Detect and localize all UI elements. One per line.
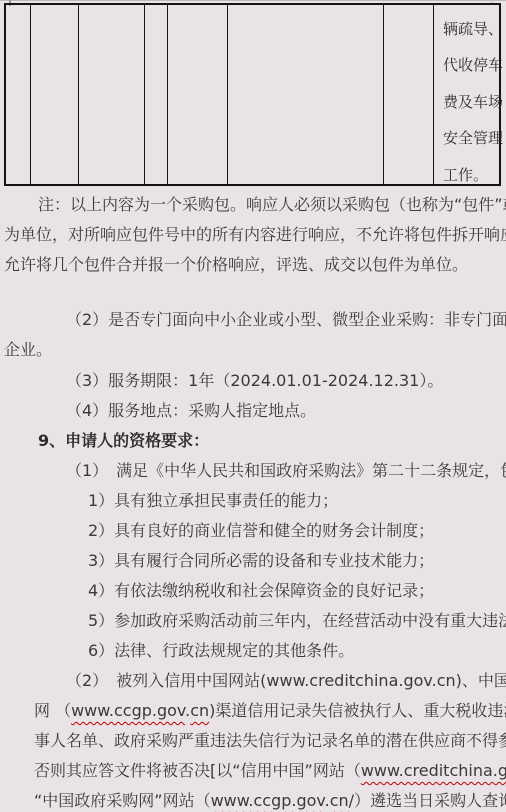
heading-text: 9、申请人的资格要求：	[4, 426, 504, 456]
text-segment: ）遴选当日采购人查询记录	[354, 791, 506, 810]
text-line: 工作。	[443, 157, 503, 193]
text-segment: 网 （	[34, 701, 71, 720]
text-line: 企业。	[4, 335, 504, 365]
table-cell-service-content: 辆疏导、代收停车费及车场安全管理工作。	[434, 5, 506, 184]
text-line: 辆疏导、	[443, 11, 503, 47]
paragraph-service-period: （3）服务期限：1年（2024.01.01-2024.12.31）。	[4, 366, 504, 396]
text-line: “中国政府采购网”网站（www.ccgp.gov.cn/）遴选当日采购人查询记录	[4, 786, 504, 812]
text-segment: 否则其应答文件将被否决[以“信用中国”网站（	[34, 761, 361, 780]
top-divider-line	[0, 0, 506, 1]
table-cell	[31, 5, 79, 184]
url-with-spellcheck-underline: cn	[190, 701, 209, 720]
url-with-spellcheck-underline: www.ccgp.gov	[211, 791, 325, 810]
text-line: 4）有依法缴纳税收和社会保障资金的良好记录；	[4, 576, 504, 606]
text-line: 1）具有独立承担民事责任的能力；	[4, 486, 504, 516]
heading-applicant-qualifications: 9、申请人的资格要求：	[4, 426, 504, 456]
paragraph-credit-china: （2） 被列入信用中国网站(www.creditchina.gov.cn)、中国…	[4, 666, 504, 812]
text-line: 5）参加政府采购活动前三年内，在经营活动中没有重大违法记录；	[4, 606, 504, 636]
law-article22-text: （1） 满足《中华人民共和国政府采购法》第二十二条规定，包括：	[4, 456, 504, 486]
table-cell	[228, 5, 384, 184]
table-cell	[79, 5, 145, 184]
note-paragraph: 注：以上内容为一个采购包。响应人必须以采购包（也称为“包件”或“包”）为单位，对…	[4, 190, 504, 280]
text-line: 事人名单、政府采购严重违法失信行为记录名单的潜在供应商不得参加遴选，	[4, 726, 504, 756]
qualification-subitems-list: 1）具有独立承担民事责任的能力；2）具有良好的商业信誉和健全的财务会计制度；3）…	[4, 486, 504, 666]
table-cell	[6, 5, 31, 184]
procurement-package-table: 辆疏导、代收停车费及车场安全管理工作。	[4, 3, 501, 186]
table-cell	[384, 5, 434, 184]
text-line: 费及车场	[443, 84, 503, 120]
service-period-text: （3）服务期限：1年（2024.01.01-2024.12.31）。	[4, 366, 504, 396]
text-line: 为单位，对所响应包件号中的所有内容进行响应，不允许将包件拆开响应,也不	[4, 220, 504, 250]
table-cell	[168, 5, 228, 184]
url-with-spellcheck-underline: www.creditchina.gov	[361, 761, 506, 780]
text-segment: （2） 被列入信用中国网站(www.creditchina.gov.cn)、中国…	[66, 671, 506, 690]
text-line: （2） 被列入信用中国网站(www.creditchina.gov.cn)、中国…	[4, 666, 504, 696]
service-location-text: （4）服务地点：采购人指定地点。	[4, 396, 504, 426]
text-segment: 事人名单、政府采购严重违法失信行为记录名单的潜在供应商不得参加遴选，	[34, 731, 506, 750]
paragraph-service-location: （4）服务地点：采购人指定地点。	[4, 396, 504, 426]
text-line: 允许将几个包件合并报一个价格响应，评选、成交以包件为单位。	[4, 250, 504, 280]
text-line: 否则其应答文件将被否决[以“信用中国”网站（www.creditchina.go…	[4, 756, 504, 786]
text-line: 网 （www.ccgp.gov.cn)渠道信用记录失信被执行人、重大税收违法案件…	[4, 696, 504, 726]
paragraph-sme-target: （2）是否专门面向中小企业或小型、微型企业采购：非专门面向中小企业。	[4, 305, 504, 365]
text-segment: )渠道信用记录失信被执行人、重大税收违法案件当	[209, 701, 506, 720]
text-line: 注：以上内容为一个采购包。响应人必须以采购包（也称为“包件”或“包”）	[4, 190, 504, 220]
text-line: 6）法律、行政法规规定的其他条件。	[4, 636, 504, 666]
url-with-spellcheck-underline: cn/	[330, 791, 354, 810]
text-line: 2）具有良好的商业信誉和健全的财务会计制度；	[4, 516, 504, 546]
table-cell	[145, 5, 168, 184]
text-line: （2）是否专门面向中小企业或小型、微型企业采购：非专门面向中小	[4, 305, 504, 335]
paragraph-law-article22: （1） 满足《中华人民共和国政府采购法》第二十二条规定，包括：	[4, 456, 504, 486]
url-with-spellcheck-underline: www.ccgp.gov	[71, 701, 185, 720]
text-segment: “中国政府采购网”网站（	[34, 791, 211, 810]
text-line: 3）具有履行合同所必需的设备和专业技术能力；	[4, 546, 504, 576]
text-line: 安全管理	[443, 120, 503, 156]
text-line: 代收停车	[443, 47, 503, 83]
document-page: 辆疏导、代收停车费及车场安全管理工作。 注：以上内容为一个采购包。响应人必须以采…	[0, 0, 506, 812]
